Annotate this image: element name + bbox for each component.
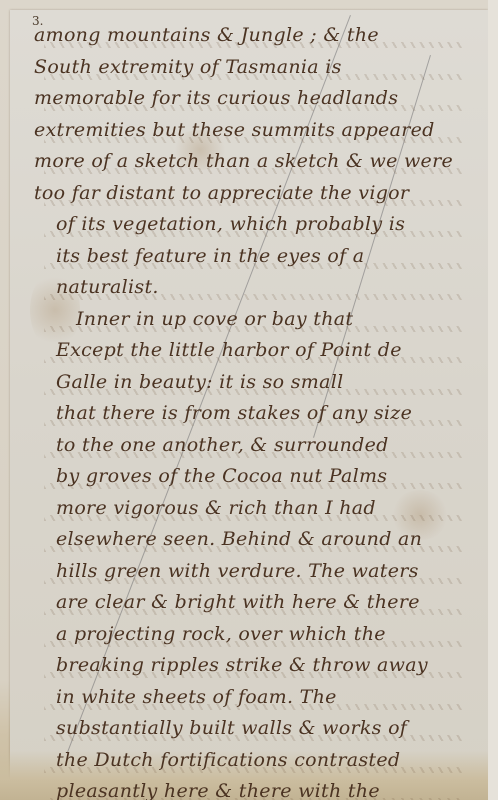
text-line: its best feature in the eyes of a [34,241,474,273]
text-line: Inner in up cove or bay that [34,304,474,336]
text-line: are clear & bright with here & there [34,587,474,619]
text-line: extremities but these summits appeared [34,115,474,147]
text-line: of its vegetation, which probably is [34,209,474,241]
page-right-margin [488,0,498,800]
text-line: more vigorous & rich than I had [34,493,474,525]
text-line: Except the little harbor of Point de [34,335,474,367]
text-line: Galle in beauty: it is so small [34,367,474,399]
text-line: too far distant to appreciate the vigor [34,178,474,210]
text-line: breaking ripples strike & throw away [34,650,474,682]
text-line: that there is from stakes of any size [34,398,474,430]
text-line: elsewhere seen. Behind & around an [34,524,474,556]
text-line: to the one another, & surrounded [34,430,474,462]
text-line: naturalist. [34,272,474,304]
text-line: memorable for its curious headlands [34,83,474,115]
text-line: the Dutch fortifications contrasted [34,745,474,777]
text-line: South extremity of Tasmania is [34,52,474,84]
text-line: in white sheets of foam. The [34,682,474,714]
text-line: hills green with verdure. The waters [34,556,474,588]
text-line: substantially built walls & works of [34,713,474,745]
text-line: a projecting rock, over which the [34,619,474,651]
text-line: among mountains & Jungle ; & the [34,20,474,52]
text-line: by groves of the Cocoa nut Palms [34,461,474,493]
manuscript-text: among mountains & Jungle ; & the South e… [34,20,474,800]
text-line: pleasantly here & there with the [34,776,474,800]
text-line: more of a sketch than a sketch & we were [34,146,474,178]
